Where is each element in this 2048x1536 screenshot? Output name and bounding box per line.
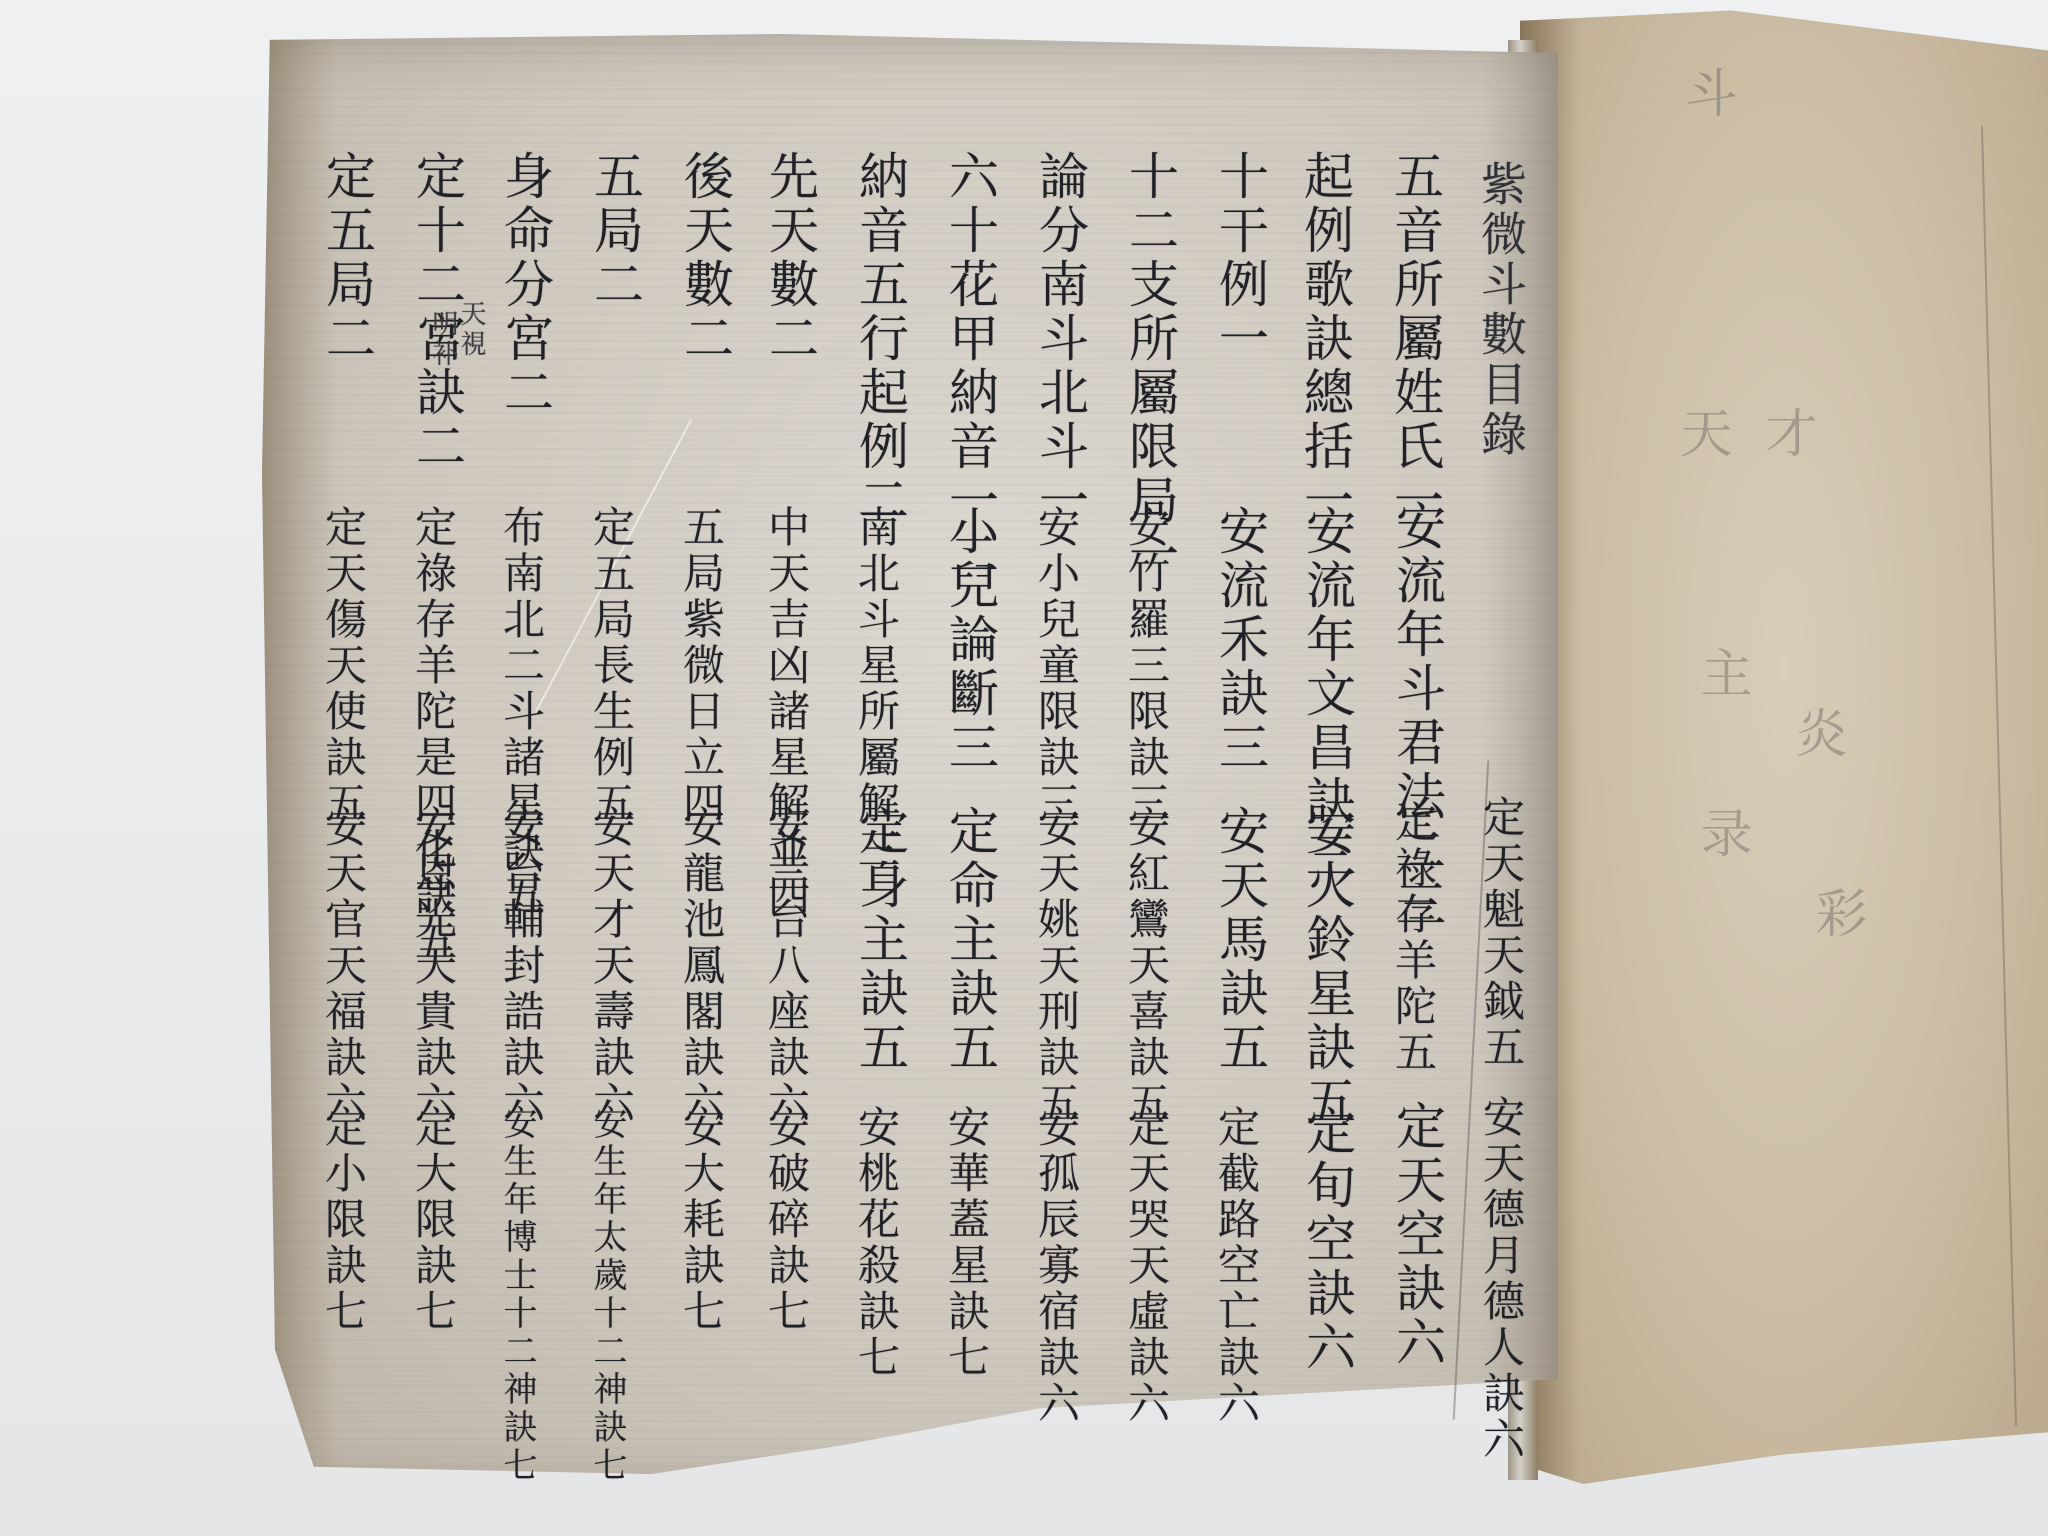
toc-entry: 安天姚天刑訣五 xyxy=(1035,805,1077,1127)
faded-column: 才 xyxy=(1760,406,1812,492)
toc-entry: 小兒論斷三 xyxy=(945,505,995,775)
toc-entry: 五局二 xyxy=(590,150,640,312)
toc-entry: 安大耗訣七 xyxy=(680,1105,722,1335)
manuscript-photo: 斗 天 才 主 炎 录 彩 紫微斗數目錄 五音所屬姓氏一 起例歌訣總括一 十干例… xyxy=(0,0,2048,1536)
toc-entry: 定天傷天使訣五 xyxy=(322,505,364,827)
toc-entry: 後天數二 xyxy=(680,150,730,366)
page-title: 紫微斗數目錄 xyxy=(1478,160,1524,460)
toc-entry: 安桃花殺訣七 xyxy=(855,1105,897,1381)
toc-entry: 定旬空訣六 xyxy=(1302,1105,1352,1375)
toc-entry: 安竹羅三限訣三 xyxy=(1125,505,1167,827)
toc-entry: 定五局長生例五 xyxy=(590,505,632,827)
toc-entry: 先天數二 xyxy=(765,150,815,366)
marginal-note: 天視 xyxy=(458,300,484,360)
toc-entry: 安天德月德人訣六 xyxy=(1480,1095,1522,1463)
toc-entry: 安流禾訣三 xyxy=(1215,505,1265,775)
toc-entry: 納音五行起例二 xyxy=(855,150,905,528)
toc-entry: 安生年太歲十二神訣七 xyxy=(590,1105,624,1485)
faded-column: 天 xyxy=(1675,406,1727,492)
facing-page: 斗 天 才 主 炎 录 彩 xyxy=(1520,6,2048,1484)
toc-entry: 安龍池鳳閣訣六 xyxy=(680,805,722,1127)
toc-entry: 安天馬訣五 xyxy=(1215,805,1265,1075)
toc-entry: 定五局二 xyxy=(322,150,372,366)
toc-entry: 論分南斗北斗一 xyxy=(1035,150,1085,528)
toc-entry: 定大限訣七 xyxy=(412,1105,454,1335)
toc-entry: 安恩光天貴訣六 xyxy=(412,805,454,1127)
toc-entry: 身命分宮二 xyxy=(500,150,550,420)
toc-entry: 定天魁天鉞五 xyxy=(1480,795,1522,1071)
toc-entry: 安破碎訣七 xyxy=(765,1105,807,1335)
marginal-note: 明补 xyxy=(430,310,456,370)
toc-entry: 定祿存羊陀五 xyxy=(1392,800,1434,1076)
toc-entry: 定截路空亡訣六 xyxy=(1215,1105,1257,1427)
toc-entry: 定身主訣五 xyxy=(855,805,905,1075)
faded-column: 彩 xyxy=(1810,886,1862,972)
faded-column: 斗 xyxy=(1680,66,1732,152)
toc-entry: 定天哭天虛訣六 xyxy=(1125,1105,1167,1427)
toc-entry: 安天官天福訣六 xyxy=(322,805,364,1127)
toc-entry: 安孤辰寡宿訣六 xyxy=(1035,1105,1077,1427)
toc-entry: 安天才天壽訣六 xyxy=(590,805,632,1127)
faded-column: 主 xyxy=(1695,646,1747,732)
toc-entry: 五音所屬姓氏一 xyxy=(1390,150,1440,528)
toc-entry: 五局紫微日立四 xyxy=(680,505,722,827)
toc-entry: 十干例一 xyxy=(1215,150,1265,366)
toc-entry: 起例歌訣總括一 xyxy=(1300,150,1350,528)
toc-entry: 安台輔封誥訣六 xyxy=(500,805,542,1127)
toc-entry: 定小限訣七 xyxy=(322,1105,364,1335)
toc-entry: 安華蓋星訣七 xyxy=(945,1105,987,1381)
toc-entry: 安紅鸞天喜訣五 xyxy=(1125,805,1167,1127)
toc-entry: 安生年博士十二神訣七 xyxy=(500,1105,534,1485)
toc-entry: 定天空訣六 xyxy=(1392,1100,1442,1370)
faded-column: 录 xyxy=(1695,806,1747,892)
toc-entry: 安小兒童限訣三 xyxy=(1035,505,1077,827)
faded-column: 炎 xyxy=(1790,706,1842,792)
toc-entry: 安火鈴星訣五 xyxy=(1302,805,1352,1129)
toc-entry: 安三台八座訣六 xyxy=(765,805,807,1127)
toc-entry: 定命主訣五 xyxy=(945,805,995,1075)
